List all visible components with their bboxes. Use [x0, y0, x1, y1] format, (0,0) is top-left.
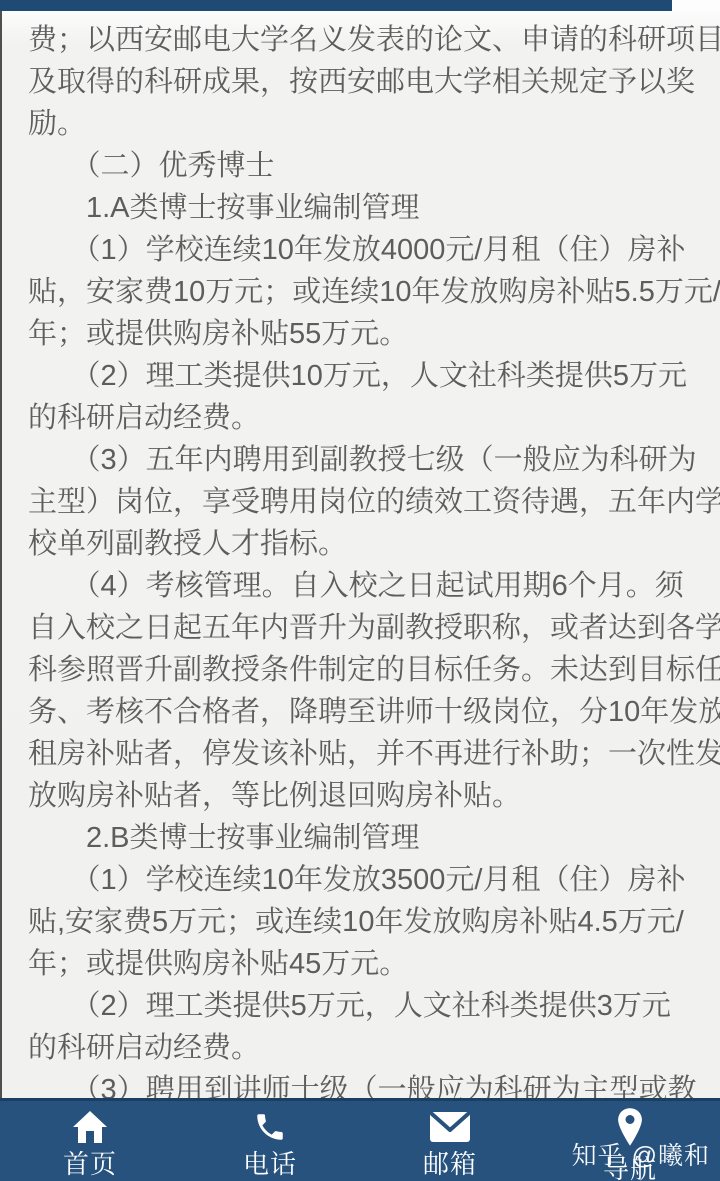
text-line: 及取得的科研成果，按西安邮电大学相关规定予以奖 [28, 61, 708, 103]
text-line: 年；或提供购房补贴45万元。 [28, 943, 708, 985]
text-line: 校单列副教授人才指标。 [28, 523, 708, 565]
text-line: 租房补贴者，停发该补贴，并不再进行补助；一次性发 [28, 733, 708, 775]
nav-label-home: 首页 [63, 1150, 117, 1178]
text-line: （1）学校连续10年发放3500元/月租（住）房补 [28, 859, 708, 901]
text-line: 主型）岗位，享受聘用岗位的绩效工资待遇，五年内学 [28, 481, 708, 523]
article-body: 费；以西安邮电大学名义发表的论文、申请的科研项目 及取得的科研成果，按西安邮电大… [0, 11, 720, 1098]
nav-label-phone: 电话 [243, 1150, 297, 1178]
section-heading: （二）优秀博士 [28, 145, 708, 187]
text-line: 科参照晋升副教授条件制定的目标任务。未达到目标任 [28, 649, 708, 691]
zhihu-watermark: 知乎 @曦和 [572, 1136, 710, 1172]
text-line: （1）学校连续10年发放4000元/月租（住）房补 [28, 229, 708, 271]
text-line: 放购房补贴者，等比例退回购房补贴。 [28, 775, 708, 817]
phone-icon [253, 1109, 287, 1145]
text-line: （3）五年内聘用到副教授七级（一般应为科研为 [28, 439, 708, 481]
text-line: （2）理工类提供10万元，人文社科类提供5万元 [28, 355, 708, 397]
text-line: 贴，安家费10万元；或连续10年发放购房补贴5.5万元/ [28, 271, 708, 313]
text-line: 励。 [28, 103, 708, 145]
text-line: 自入校之日起五年内晋升为副教授职称，或者达到各学 [28, 607, 708, 649]
text-line: （4）考核管理。自入校之日起试用期6个月。须 [28, 565, 708, 607]
text-line: 年；或提供购房补贴55万元。 [28, 313, 708, 355]
text-line: 的科研启动经费。 [28, 1027, 708, 1069]
subsection-heading: 1.A类博士按事业编制管理 [28, 187, 708, 229]
text-line: 务、考核不合格者，降聘至讲师十级岗位，分10年发放 [28, 691, 708, 733]
nav-label-mail: 邮箱 [423, 1150, 477, 1178]
text-line: 的科研启动经费。 [28, 397, 708, 439]
text-line: （3）聘用到讲师十级（一般应为科研为主型或教 [28, 1069, 708, 1098]
nav-item-mail[interactable]: 邮箱 [360, 1101, 540, 1181]
text-line: （2）理工类提供5万元，人文社科类提供3万元 [28, 985, 708, 1027]
subsection-heading: 2.B类博士按事业编制管理 [28, 817, 708, 859]
nav-item-phone[interactable]: 电话 [180, 1101, 360, 1181]
top-status-bar [0, 0, 672, 11]
nav-item-home[interactable]: 首页 [0, 1101, 180, 1181]
text-line: 贴,安家费5万元；或连续10年发放购房补贴4.5万元/ [28, 901, 708, 943]
home-icon [71, 1109, 109, 1145]
text-line: 费；以西安邮电大学名义发表的论文、申请的科研项目 [28, 19, 708, 61]
mail-icon [429, 1109, 471, 1145]
